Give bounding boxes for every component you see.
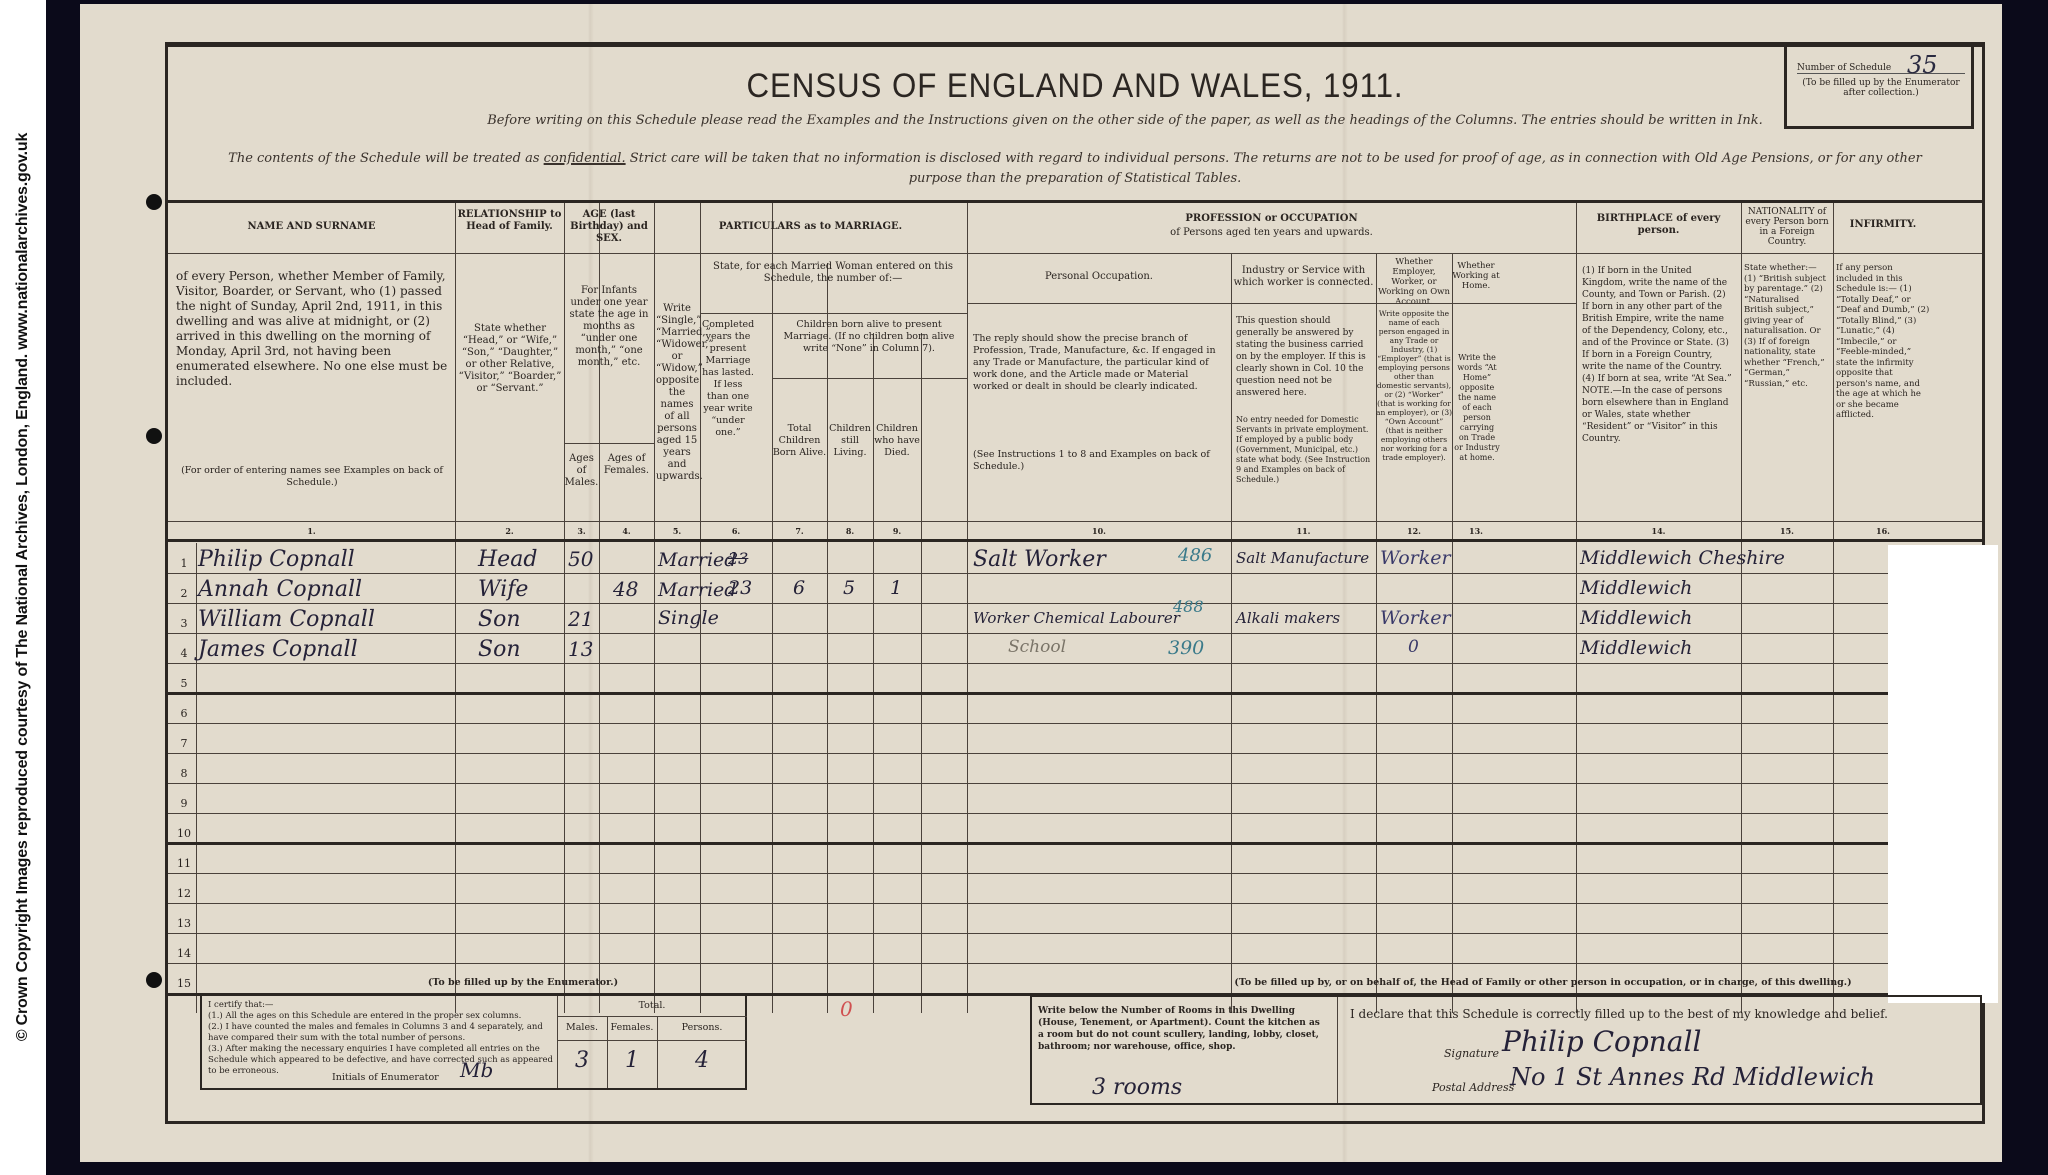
children-living: 5 bbox=[843, 577, 855, 599]
certificate-text: I certify that:— (1.) All the ages on th… bbox=[208, 1000, 553, 1077]
copyright-strip: © Crown Copyright Images reproduced cour… bbox=[0, 0, 46, 1175]
punch-hole bbox=[146, 194, 162, 210]
col-married-woman: State, for each Married Woman entered on… bbox=[702, 261, 964, 285]
occupation-code: 488 bbox=[1173, 597, 1204, 616]
row-number: 9 bbox=[174, 797, 194, 810]
page-title: CENSUS OF ENGLAND AND WALES, 1911. bbox=[241, 67, 1910, 106]
row-number: 7 bbox=[174, 737, 194, 750]
total-label: Total. bbox=[557, 1000, 747, 1012]
row-number: 10 bbox=[174, 827, 194, 840]
row-number: 13 bbox=[174, 917, 194, 930]
col-number: 10. bbox=[967, 525, 1231, 537]
rooms-instruction: Write below the Number of Rooms in this … bbox=[1038, 1005, 1328, 1053]
col-relationship-title: RELATIONSHIP to Head of Family. bbox=[455, 209, 564, 233]
row-number: 4 bbox=[174, 647, 194, 660]
col-birthplace-title: BIRTHPLACE of every person. bbox=[1576, 213, 1741, 237]
col-nationality-title: NATIONALITY of every Person born in a Fo… bbox=[1741, 207, 1833, 247]
red-mark: 0 bbox=[840, 997, 853, 1021]
col-number: 2. bbox=[455, 525, 564, 537]
persons-label: Persons. bbox=[657, 1022, 747, 1034]
signature: Philip Copnall bbox=[1502, 1025, 1701, 1058]
relationship: Son bbox=[478, 637, 521, 662]
relationship: Son bbox=[478, 607, 521, 632]
col-name-note: (For order of entering names see Example… bbox=[176, 465, 448, 489]
col-infirmity-desc: If any person included in this Schedule … bbox=[1836, 263, 1930, 421]
occupation-code: 390 bbox=[1168, 637, 1204, 659]
birthplace: Middlewich bbox=[1580, 637, 1692, 659]
marital-status: Single bbox=[658, 607, 719, 629]
person-name: James Copnall bbox=[198, 637, 358, 662]
industry: Alkali makers bbox=[1236, 609, 1340, 627]
females-label: Females. bbox=[607, 1022, 657, 1034]
col-occupation-subtitle: of Persons aged ten years and upwards. bbox=[967, 227, 1576, 239]
col-number: 3. bbox=[564, 525, 599, 537]
schedule-note: (To be filled up by the Enumerator after… bbox=[1797, 78, 1965, 98]
col-relationship-desc: State whether “Head,” or “Wife,” “Son,” … bbox=[458, 323, 562, 395]
col-children-total: Total Children Born Alive. bbox=[772, 423, 827, 459]
household-table: NAME AND SURNAME of every Person, whethe… bbox=[168, 200, 1982, 1013]
col-employer: Whether Employer, Worker, or Working on … bbox=[1376, 257, 1452, 307]
col-home: Whether Working at Home. bbox=[1452, 261, 1500, 291]
total-males: 3 bbox=[557, 1048, 607, 1073]
col-home-desc: Write the words “At Home” opposite the n… bbox=[1454, 353, 1500, 463]
col-personal-note: (See Instructions 1 to 8 and Examples on… bbox=[973, 449, 1225, 473]
occupation: Worker Chemical Labourer bbox=[973, 609, 1180, 627]
birthplace: Middlewich bbox=[1580, 607, 1692, 629]
row-number: 8 bbox=[174, 767, 194, 780]
employment-status: Worker bbox=[1380, 607, 1451, 629]
col-birthplace-desc: (1) If born in the United Kingdom, write… bbox=[1582, 265, 1734, 445]
col-age-males: Ages of Males. bbox=[564, 453, 599, 489]
col-number: 12. bbox=[1376, 525, 1452, 537]
instruction-confidential: The contents of the Schedule will be tre… bbox=[168, 149, 1982, 189]
row-number: 12 bbox=[174, 887, 194, 900]
col-number: 14. bbox=[1576, 525, 1741, 537]
col-industry-desc: This question should generally be answer… bbox=[1236, 315, 1372, 399]
col-number: 11. bbox=[1231, 525, 1376, 537]
table-row: 1 Philip Copnall Head 50 Married 23 Salt… bbox=[168, 543, 1982, 573]
col-industry: Industry or Service with which worker is… bbox=[1231, 265, 1376, 289]
col-number: 9. bbox=[873, 525, 921, 537]
address-label: Postal Address bbox=[1432, 1081, 1514, 1094]
row-number: 14 bbox=[174, 947, 194, 960]
instruction-ink: Before writing on this Schedule please r… bbox=[168, 113, 1982, 128]
col-infirmity-title: INFIRMITY. bbox=[1833, 219, 1933, 231]
col-number: 6. bbox=[700, 525, 772, 537]
industry: Salt Manufacture bbox=[1236, 549, 1369, 567]
head-declaration-box: Write below the Number of Rooms in this … bbox=[1030, 995, 1982, 1105]
marital-status: Married bbox=[658, 579, 736, 601]
col-age-title: AGE (last Birthday) and SEX. bbox=[564, 209, 654, 245]
birthplace: Middlewich Cheshire bbox=[1580, 547, 1785, 569]
person-name: Philip Copnall bbox=[198, 547, 355, 572]
occupation: Salt Worker bbox=[973, 547, 1106, 572]
declaration-text: I declare that this Schedule is correctl… bbox=[1350, 1007, 1970, 1021]
punch-hole bbox=[146, 972, 162, 988]
col-name-desc: of every Person, whether Member of Famil… bbox=[176, 269, 448, 389]
total-persons: 4 bbox=[657, 1048, 747, 1073]
person-name: Annah Copnall bbox=[198, 577, 362, 602]
census-form: CENSUS OF ENGLAND AND WALES, 1911. Befor… bbox=[165, 42, 1985, 1124]
employment-status: 0 bbox=[1408, 637, 1419, 657]
col-children-heading: Children born alive to present Marriage.… bbox=[774, 319, 964, 355]
rooms-count: 3 rooms bbox=[1092, 1075, 1182, 1100]
col-number: 4. bbox=[599, 525, 654, 537]
col-age-females: Ages of Females. bbox=[599, 453, 654, 477]
col-children-living: Children still Living. bbox=[827, 423, 873, 459]
occupation: School bbox=[1008, 637, 1066, 657]
col-industry-note: No entry needed for Domestic Servants in… bbox=[1236, 415, 1372, 485]
total-females: 1 bbox=[607, 1048, 657, 1073]
relationship: Wife bbox=[478, 577, 528, 602]
age-male: 50 bbox=[568, 547, 593, 571]
row-number: 5 bbox=[174, 677, 194, 690]
person-name: William Copnall bbox=[198, 607, 375, 632]
row-number: 11 bbox=[174, 857, 194, 870]
col-marriage-title: PARTICULARS as to MARRIAGE. bbox=[654, 221, 967, 233]
schedule-label: Number of Schedule bbox=[1797, 63, 1965, 74]
col-age-desc: For Infants under one year state the age… bbox=[566, 285, 652, 369]
relationship: Head bbox=[478, 547, 537, 572]
col-personal-desc: The reply should show the precise branch… bbox=[973, 333, 1225, 393]
redaction-block bbox=[1888, 545, 1998, 1003]
enumerator-initials: Mb bbox=[460, 1058, 493, 1082]
col-years-married: Completed years the present Marriage has… bbox=[702, 319, 754, 439]
years-married: 23 bbox=[728, 549, 748, 568]
initials-label: Initials of Enumerator bbox=[332, 1072, 439, 1084]
occupation-code: 486 bbox=[1178, 545, 1212, 566]
row-number: 15 bbox=[174, 977, 194, 990]
row-number: 1 bbox=[174, 557, 194, 570]
enumerator-heading: (To be filled up by the Enumerator.) bbox=[333, 977, 713, 989]
years-married: 23 bbox=[728, 577, 752, 599]
table-row: 4 James Copnall Son 13 School 390 0 Midd… bbox=[168, 633, 1982, 663]
age-female: 48 bbox=[613, 577, 638, 601]
table-row: 3 William Copnall Son 21 Single Worker C… bbox=[168, 603, 1982, 633]
col-nationality-desc: State whether:— (1) “British subject by … bbox=[1744, 263, 1830, 389]
col-name-title: NAME AND SURNAME bbox=[168, 221, 455, 233]
col-marital-desc: Write “Single,” “Married,” “Widower,” or… bbox=[656, 303, 698, 483]
col-number: 5. bbox=[654, 525, 700, 537]
table-row: 2 Annah Copnall Wife 48 Married 23 6 5 1… bbox=[168, 573, 1982, 603]
col-occupation-title: PROFESSION or OCCUPATION bbox=[967, 213, 1576, 225]
enumerator-certificate: I certify that:— (1.) All the ages on th… bbox=[200, 994, 747, 1090]
col-number: 16. bbox=[1833, 525, 1933, 537]
schedule-number: 35 bbox=[1907, 51, 1938, 79]
children-died: 1 bbox=[890, 577, 902, 599]
punch-hole bbox=[146, 428, 162, 444]
row-number: 2 bbox=[174, 587, 194, 600]
postal-address: No 1 St Annes Rd Middlewich bbox=[1510, 1063, 1875, 1091]
col-personal-occupation: Personal Occupation. bbox=[967, 271, 1231, 283]
col-children-died: Children who have Died. bbox=[873, 423, 921, 459]
row-number: 6 bbox=[174, 707, 194, 720]
age-male: 21 bbox=[568, 607, 593, 631]
age-male: 13 bbox=[568, 637, 593, 661]
employment-status: Worker bbox=[1380, 547, 1451, 569]
copyright-notice: © Crown Copyright Images reproduced cour… bbox=[14, 133, 32, 1041]
marital-status: Married bbox=[658, 549, 736, 571]
col-employer-desc: Write opposite the name of each person e… bbox=[1376, 309, 1452, 462]
row-number: 3 bbox=[174, 617, 194, 630]
head-section-heading: (To be filled up by, or on behalf of, th… bbox=[1103, 977, 1983, 989]
signature-label: Signature bbox=[1444, 1047, 1499, 1060]
col-number: 1. bbox=[168, 525, 455, 537]
birthplace: Middlewich bbox=[1580, 577, 1692, 599]
col-number: 7. bbox=[772, 525, 827, 537]
col-number: 15. bbox=[1741, 525, 1833, 537]
col-number: 8. bbox=[827, 525, 873, 537]
schedule-number-box: Number of Schedule 35 (To be filled up b… bbox=[1784, 47, 1974, 129]
males-label: Males. bbox=[557, 1022, 607, 1034]
children-total: 6 bbox=[793, 577, 805, 599]
col-number: 13. bbox=[1452, 525, 1500, 537]
